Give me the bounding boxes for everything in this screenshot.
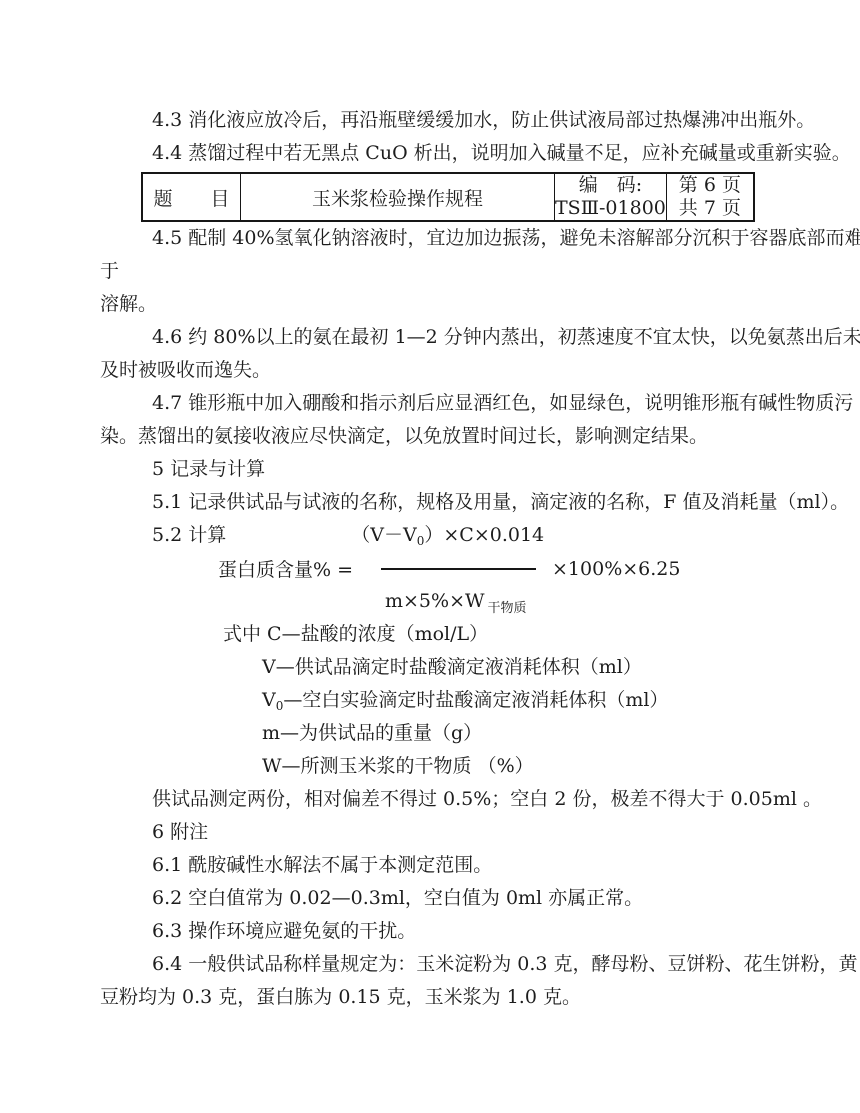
section-6-heading: 6 附注	[100, 816, 780, 849]
paragraph-6-4-line1: 6.4 一般供试品称样量规定为：玉米淀粉为 0.3 克，酵母粉、豆饼粉、花生饼粉…	[100, 948, 780, 981]
formula-rhs: ×100%×6.25	[552, 558, 680, 580]
header-title-value-cell: 玉米浆检验操作规程	[241, 173, 555, 221]
header-title-label-cell: 题 目	[142, 173, 241, 221]
paragraph-precision: 供试品测定两份，相对偏差不得过 0.5%；空白 2 份，极差不得大于 0.05m…	[100, 783, 780, 816]
header-page-cell: 第 6 页 共 7 页	[666, 173, 754, 221]
paragraph-4-6-line1: 4.6 约 80%以上的氨在最初 1—2 分钟内蒸出，初蒸速度不宜太快，以免氨蒸…	[100, 321, 780, 354]
definition-w: W—所测玉米浆的干物质 （%）	[100, 750, 780, 783]
formula-denominator: m×5%×W干物质	[100, 585, 780, 618]
paragraph-6-1: 6.1 酰胺碱性水解法不属于本测定范围。	[100, 849, 780, 882]
paragraph-4-3: 4.3 消化液应放冷后，再沿瓶壁缓缓加水，防止供试液局部过热爆沸冲出瓶外。	[100, 104, 780, 137]
paragraph-4-4: 4.4 蒸馏过程中若无黑点 CuO 析出，说明加入碱量不足，应补充碱量或重新实验…	[100, 137, 780, 170]
paragraph-4-6-line2: 及时被吸收而逸失。	[100, 354, 780, 387]
formula-numerator: （V－V0）×C×0.014	[351, 524, 544, 546]
definition-v: V—供试品滴定时盐酸滴定液消耗体积（ml）	[100, 651, 780, 684]
header-table: 题 目 玉米浆检验操作规程 编 码: TSⅢ-01800 第 6 页 共 7 页	[141, 172, 755, 222]
paragraph-6-3: 6.3 操作环境应避免氨的干扰。	[100, 915, 780, 948]
formula-numerator-line: 5.2 计算（V－V0）×C×0.014	[100, 519, 780, 552]
document-content: 4.3 消化液应放冷后，再沿瓶壁缓缓加水，防止供试液局部过热爆沸冲出瓶外。 4.…	[100, 104, 780, 1014]
definition-m: m—为供试品的重量（g）	[100, 717, 780, 750]
formula-dry-matter-subscript: 干物质	[488, 601, 527, 616]
header-code-value: TSⅢ-01800	[555, 197, 666, 220]
header-page-total: 共 7 页	[667, 197, 753, 220]
definition-v0: V0—空白实验滴定时盐酸滴定液消耗体积（ml）	[100, 684, 780, 717]
paragraph-6-4-line2: 豆粉均为 0.3 克，蛋白胨为 0.15 克，玉米浆为 1.0 克。	[100, 981, 780, 1014]
paragraph-5-1: 5.1 记录供试品与试液的名称，规格及用量，滴定液的名称，F 值及消耗量（ml）…	[100, 486, 780, 519]
fraction-bar	[381, 568, 536, 570]
paragraph-4-5-line3: 溶解。	[100, 288, 780, 321]
paragraph-6-2: 6.2 空白值常为 0.02—0.3ml，空白值为 0ml 亦属正常。	[100, 882, 780, 915]
header-page-number: 第 6 页	[667, 174, 753, 197]
header-code-cell: 编 码: TSⅢ-01800	[555, 173, 667, 221]
formula-main-line: 蛋白质含量% = ×100%×6.25	[100, 552, 780, 585]
paragraph-4-7-line1: 4.7 锥形瓶中加入硼酸和指示剂后应显酒红色，如显绿色，说明锥形瓶有碱性物质污	[100, 387, 780, 420]
paragraph-4-5-line2: 于	[100, 255, 780, 288]
paragraph-4-5-line1: 4.5 配制 40%氢氧化钠溶液时，宜边加边振荡，避免未溶解部分沉积于容器底部而…	[100, 222, 780, 255]
header-code-label: 编 码:	[555, 174, 666, 197]
section-5-heading: 5 记录与计算	[100, 453, 780, 486]
formula-label: 5.2 计算	[152, 524, 226, 546]
document-page: 4.3 消化液应放冷后，再沿瓶壁缓缓加水，防止供试液局部过热爆沸冲出瓶外。 4.…	[0, 0, 860, 1113]
paragraph-4-7-line2: 染。蒸馏出的氨接收液应尽快滴定，以免放置时间过长，影响测定结果。	[100, 420, 780, 453]
formula-lhs: 蛋白质含量% =	[218, 555, 353, 582]
header-table-row: 题 目 玉米浆检验操作规程 编 码: TSⅢ-01800 第 6 页 共 7 页	[142, 173, 754, 221]
definition-c: 式中 C—盐酸的浓度（mol/L）	[100, 618, 780, 651]
